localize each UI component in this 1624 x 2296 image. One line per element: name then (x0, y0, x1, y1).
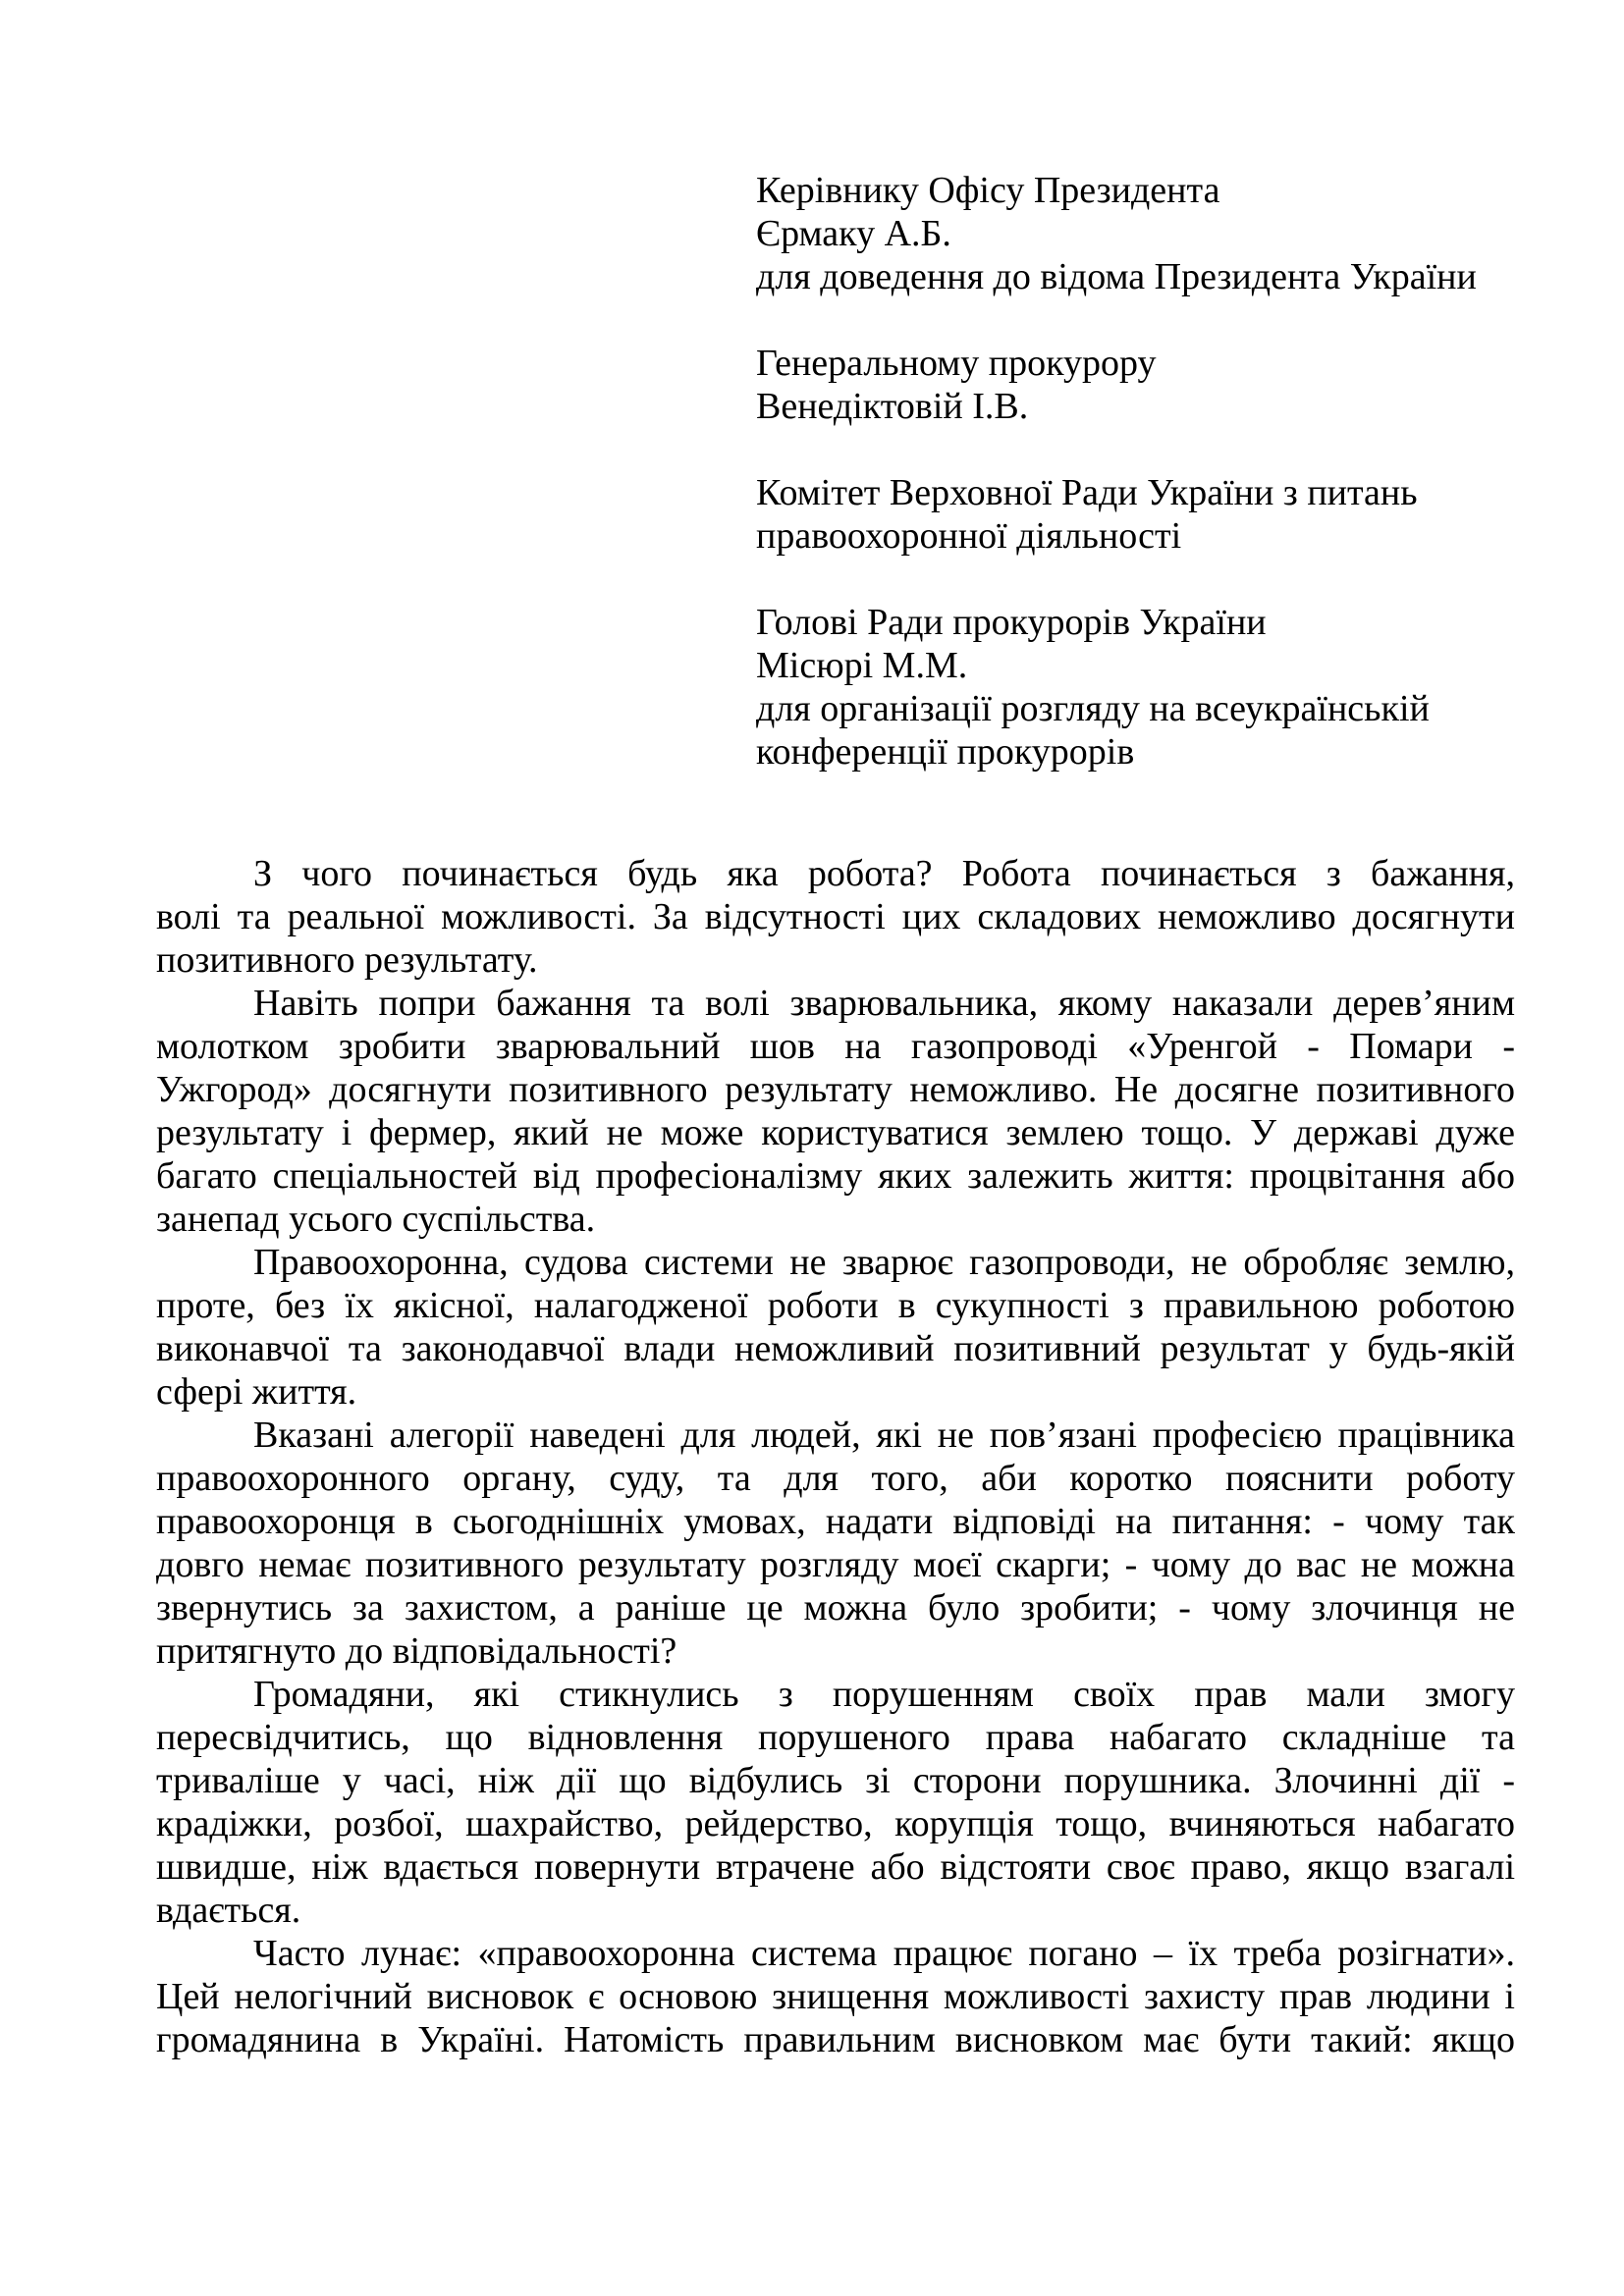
text-line: Правоохоронна, судова системи не зварює … (156, 1241, 1515, 1284)
text-line: виконавчої та законодавчої влади неможли… (156, 1327, 1515, 1370)
text-line: результату і фермер, який не може корист… (156, 1111, 1515, 1154)
text-line: правоохоронця в сьогоднішніх умовах, над… (156, 1500, 1515, 1543)
text-line: довго немає позитивного результату розгл… (156, 1543, 1515, 1586)
addressee-block-prosecutors-council: Голові Ради прокурорів України Місюрі М.… (756, 601, 1532, 774)
addressee-line: Голові Ради прокурорів України (756, 601, 1532, 644)
addressee-block-president-office: Керівнику Офісу Президента Єрмаку А.Б. д… (756, 169, 1532, 298)
text-line: Ужгород» досягнути позитивного результат… (156, 1068, 1515, 1111)
addressee-line: конференції прокурорів (756, 730, 1532, 774)
addressee-line: Місюрі М.М. (756, 644, 1532, 687)
addressee-block-rada-committee: Комітет Верховної Ради України з питань … (756, 471, 1532, 558)
body-paragraph: З чого починається будь яка робота? Робо… (156, 852, 1515, 982)
addressee-column: Керівнику Офісу Президента Єрмаку А.Б. д… (756, 169, 1532, 774)
text-line: багато спеціальностей від професіоналізм… (156, 1154, 1515, 1198)
text-line: позитивного результату. (156, 938, 1515, 982)
text-line: правоохоронного органу, суду, та для тог… (156, 1457, 1515, 1500)
body-paragraph: Вказані алегорії наведені для людей, які… (156, 1414, 1515, 1673)
addressee-line: для організації розгляду на всеукраїнськ… (756, 687, 1532, 730)
text-line: швидше, ніж вдається повернути втрачене … (156, 1845, 1515, 1889)
text-line: занепад усього суспільства. (156, 1198, 1515, 1241)
addressee-line: Генеральному прокурору (756, 342, 1532, 385)
text-line: сфері життя. (156, 1370, 1515, 1414)
body-paragraph: Громадяни, які стикнулись з порушенням с… (156, 1673, 1515, 1932)
addressee-line: для доведення до відома Президента Украї… (756, 255, 1532, 298)
text-line: Навіть попри бажання та волі зварювальни… (156, 982, 1515, 1025)
letter-body: З чого починається будь яка робота? Робо… (156, 852, 1515, 2061)
text-line: волі та реальної можливості. За відсутно… (156, 895, 1515, 938)
body-paragraph: Правоохоронна, судова системи не зварює … (156, 1241, 1515, 1414)
text-line: Цей нелогічний висновок є основою знищен… (156, 1975, 1515, 2018)
body-paragraph: Часто лунає: «правоохоронна система прац… (156, 1932, 1515, 2061)
addressee-block-prosecutor-general: Генеральному прокурору Венедіктовій І.В. (756, 342, 1532, 428)
text-line: триваліше у часі, ніж дії що відбулись з… (156, 1759, 1515, 1802)
text-line: З чого починається будь яка робота? Робо… (156, 852, 1515, 895)
addressee-line: Єрмаку А.Б. (756, 212, 1532, 255)
text-line: пересвідчитись, що відновлення порушеног… (156, 1716, 1515, 1759)
addressee-line: Керівнику Офісу Президента (756, 169, 1532, 212)
text-line: притягнуто до відповідальності? (156, 1629, 1515, 1673)
addressee-line: Комітет Верховної Ради України з питань (756, 471, 1532, 514)
text-line: молотком зробити зварювальний шов на газ… (156, 1025, 1515, 1068)
text-line: громадянина в Україні. Натомість правиль… (156, 2018, 1515, 2061)
body-paragraph: Навіть попри бажання та волі зварювальни… (156, 982, 1515, 1241)
addressee-line: Венедіктовій І.В. (756, 385, 1532, 428)
text-line: проте, без їх якісної, налагодженої робо… (156, 1284, 1515, 1327)
text-line: звернутись за захистом, а раніше це можн… (156, 1586, 1515, 1629)
text-line: вдається. (156, 1889, 1515, 1932)
text-line: Вказані алегорії наведені для людей, які… (156, 1414, 1515, 1457)
text-line: крадіжки, розбої, шахрайство, рейдерство… (156, 1802, 1515, 1845)
text-line: Часто лунає: «правоохоронна система прац… (156, 1932, 1515, 1975)
document-page: Керівнику Офісу Президента Єрмаку А.Б. д… (0, 0, 1624, 2296)
text-line: Громадяни, які стикнулись з порушенням с… (156, 1673, 1515, 1716)
addressee-line: правоохоронної діяльності (756, 514, 1532, 558)
